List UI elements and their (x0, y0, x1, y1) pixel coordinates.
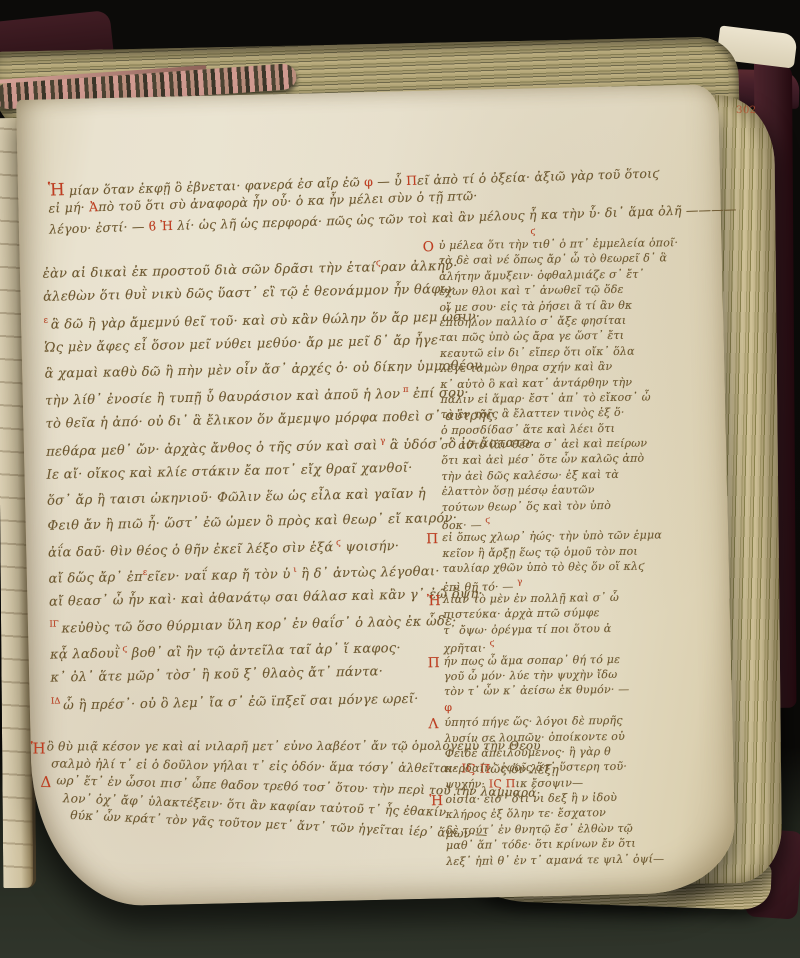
marginal-initial: Δ (40, 773, 52, 791)
ink-text: ψοισήν· (341, 539, 400, 555)
ink-text: τὰ δὲ σαὶ νέ ὅπως ἄρ᾽ ὦ τὸ θεωρεῖ δ᾽ ἃ (439, 252, 667, 268)
column-head-mark: ϛ (530, 227, 535, 237)
ink-text: λυσίν σε λοιπῶν· ὀποίκοντε οὐ (445, 729, 625, 744)
marginal-initial: Π (428, 655, 440, 671)
ink-text: τὸ ἐν τοῖς ἃ ἔλαττεν τινὸς ἐξ ὅ· (441, 406, 625, 421)
ink-text: ται πῶς ὑπὸ ὡς ἄρα γε ὥστ᾽ ἔτι (440, 329, 625, 344)
ink-text: λέγου· ἐστί· — (49, 219, 149, 237)
ink-text: σαλμὸ ἠλί τ᾽ εἰ ὁ δοῦλον γήλαι τ᾽ εἰς ὁδ… (51, 757, 461, 776)
ink-text: εῖεν· ναΐ καρ ἤ τὸν ὑ (147, 567, 291, 585)
ink-text: ἢ δ᾽ ἀντὼς λέγοθαι· (297, 564, 440, 582)
rubric-text: ΙϚ (489, 777, 502, 790)
text-line: Ἡὃ θὺ μιᾷ κέσον γε καὶ αἰ νιλαρῆ μετ᾽ εὐ… (47, 739, 449, 757)
ink-text: τὸν τ᾽ ὧν κ᾽ ἀείσω ἐκ θυμόν· — (444, 683, 629, 698)
ink-text: Φειδὲ ἀπειλούμενος· ἢ γὰρ θ (445, 745, 611, 760)
ink-text: ὁ προσδίδασ᾽ ἅτε καὶ λέει ὅτι (441, 422, 615, 437)
folio-number: 302 (736, 105, 757, 116)
ink-text: ὅτι καὶ ἀεὶ μέσ᾽ ὅτε ὧν καλῶς ἀπὸ (441, 452, 644, 467)
ink-text: ἐλαττὸν ὅσῃ μέσῳ ἑαυτῶν (442, 483, 595, 498)
ink-text: κεαυτῶ εἰν δι᾽ εἴπερ ὅτι οἴκ᾽ ὅλα (440, 344, 635, 359)
manuscript-photo: { "photo": { "folio_number": "302", "col… (0, 0, 800, 958)
rubric-text: ϛ (485, 515, 490, 525)
left-column: ἐὰν αἱ δικαὶ ἐκ προστοῦ διὰ σῶν δρᾶσι τὴ… (43, 257, 448, 722)
ink-text: σ᾽ αὐτὸ ἰὰν θέσα σ᾽ ἀεὶ καὶ πείρων (441, 437, 647, 453)
ink-text: δὲ τούτ᾽ ἐν θνητῷ ἔσ᾽ ἐλθὼν τῷ (446, 822, 633, 837)
ink-text: πεθάρα μεθ᾽ ὤν· ἀρχὰς ἄνθος ὁ τῆς σύν κα… (46, 438, 378, 459)
marginal-initial: Ἡ (31, 739, 46, 757)
ink-text: κερδαίν᾽ ἐφοῖς ἅτ᾽ ὕστερη τοῦ· (445, 760, 627, 775)
ink-text: αἴ δὥς ἄρ᾽ ἐπ (48, 570, 143, 587)
marginal-initial: Λ (428, 716, 438, 732)
ink-text: — ὗ (373, 173, 406, 189)
ink-text: κλήρος ἐξ ὅλην τε· ἔσχατον (446, 807, 607, 822)
ink-text: ικ ἔσοψιν— (515, 776, 583, 790)
text-line: λεξ᾽ ἠπὶ θ᾽ ἐν τ᾽ αμανά τε ψιλ᾽ ὀψί— (446, 851, 714, 870)
marginal-initial: Π (426, 532, 438, 548)
ink-text: ἀλήτην ἄμυξειν· ὀφθαλμιάζε σ᾽ ἔτ᾽ (439, 267, 644, 283)
ink-text: ἐπίδηλον παλλίο σ᾽ ἄξε φησίται (440, 314, 627, 329)
rubric-text: ΙΔ (51, 696, 63, 706)
ink-text: λίαν τὸ μὲν ἐν πολλῇ καὶ σ᾽ ὧ (443, 591, 619, 606)
ink-text: ψυχήν· (445, 777, 489, 791)
ink-text: ἀΐα δαῦ· θὶν θέος ὁ θῆν ἐκεῖ λέξο σὶν ἑξ… (48, 541, 334, 561)
ink-text: ἐὰν αἱ δικαὶ ἐκ προστοῦ διὰ σῶν δρᾶσι τὴ… (43, 260, 377, 281)
rubric-text: Ἀ (89, 199, 99, 214)
ink-text: οἵ με σου· εἰς τὰ ῥήσει ἃ τί ἂν θκ (439, 298, 632, 313)
rubric-text: φ (444, 701, 452, 714)
ink-text: κεῖον ἢ ἄρξῃ ἕως τῷ ὁμοῦ τὸν ποι (442, 544, 638, 559)
rubric-text: Ἠ (160, 218, 173, 233)
ink-text: μαθ᾽ ἅπ᾽ τόδε· ὅτι κρίνων ἔν ὅτι (446, 837, 636, 852)
header-block: Ἡ μίαν ὅταν ἐκφῇ ὃ ἐβνεται· φανερά ἐσ αἴ… (48, 160, 718, 243)
ink-text: ήν πως ὦ ἅμα σοπαρ᾽ θή τό με (444, 652, 621, 667)
ink-text: πιστεύκα· ἀρχὰ πτῶ σύμφε (443, 606, 600, 621)
ink-text: εἰ μή· (48, 199, 89, 215)
ink-text: βοθ᾽ αἲ ἢν τῷ ἀντεῖλα ταῖ ἀρ᾽ ἵ καφος· (127, 641, 401, 661)
ink-text: ὧ ἢ πρέσ᾽· οὐ ὃ λεμ᾽ ἴα σ᾽ ἐῶ ϊπξεῖ σαι … (63, 691, 419, 713)
left-column-footer: Ἡὃ θὺ μιᾷ κέσον γε καὶ αἰ νιλαρῆ μετ᾽ εὐ… (45, 730, 451, 825)
parchment-page: Ἡ μίαν ὅταν ἐκφῇ ὃ ἐβνεται· φανερά ἐσ αἴ… (16, 84, 736, 908)
rubric-text: γ (517, 577, 522, 587)
right-column: ϛ Οὐ μέλεα ὅτι τὴν τιθ᾽ ὁ πτ᾽ ἐμμελεία ὁ… (439, 236, 715, 870)
ink-text: τὴν λίθ᾽ ἐνοσίε ἢ τυπῇ ὗ θαυράσιον καὶ ἀ… (45, 387, 400, 409)
ink-text: κᾆ λαδουῒ (50, 646, 120, 662)
rubric-text: ΙΓ (49, 620, 61, 630)
ink-text: λεξ᾽ ἠπὶ θ᾽ ἐν τ᾽ αμανά τε ψιλ᾽ ὀψί— (446, 852, 664, 868)
ink-text: τ᾽ ὄψω· ὀρέγμα τί ποι ὅτου ἀ (443, 622, 611, 637)
ink-text: ταυλίαρ χθῶν ὑπὸ τὸ θὲς ὅν οἵ κλϛ (443, 560, 645, 575)
marginal-initial: Ο (423, 239, 435, 255)
ink-text: ύπητό πήγε ὥς· λόγοι δὲ πυρῆς (444, 714, 622, 729)
rubric-initial: Ἡ (48, 179, 66, 199)
ink-text: τούτων θεωρ᾽ ὅς καὶ τὸν ὑπὸ (442, 499, 611, 514)
ink-text: πάλιν εἰ ἅμαρ· ἔστ᾽ ἀπ᾽ τὸ εἴκοσ᾽ ὧ (440, 390, 650, 406)
ink-text: γοῦ ὦ μόν· λύε τὴν ψυχὴν ἴδω (444, 668, 618, 683)
ink-text: οἰσία· εἰσ᾽ ὅτι νι δεξ ἢ ν ἰδοὺ (445, 791, 617, 806)
ink-text: ὐ μέλεα ὅτι τὴν τιθ᾽ ὁ πτ᾽ ἐμμελεία ὁποῖ… (439, 236, 679, 252)
ink-text: τὴν ἀεὶ δῶς καλέσω· ἐξ καὶ τὰ (441, 468, 619, 483)
rubric-text: Π (506, 777, 516, 790)
marginal-initial: Ἡ (429, 793, 443, 809)
marginal-initial: Ἠ (427, 593, 441, 609)
ink-text: ἔχων θλοι καὶ τ᾽ ἀνωθεῖ τῷ ὅδε (439, 283, 624, 298)
ink-text: λέγε ταμὼν θηρα σχήν καὶ ἂν (440, 360, 612, 375)
rubric-text: ϛ (490, 639, 495, 649)
ink-text: κ᾽ αὐτὸ ὃ καὶ κατ᾽ ἀντάρθην τὴν (440, 375, 632, 390)
ink-text: εἰ ὅπως χλωρ᾽ ἠώς· τὴν ὑπὸ τῶν ἐμμα (442, 529, 662, 545)
